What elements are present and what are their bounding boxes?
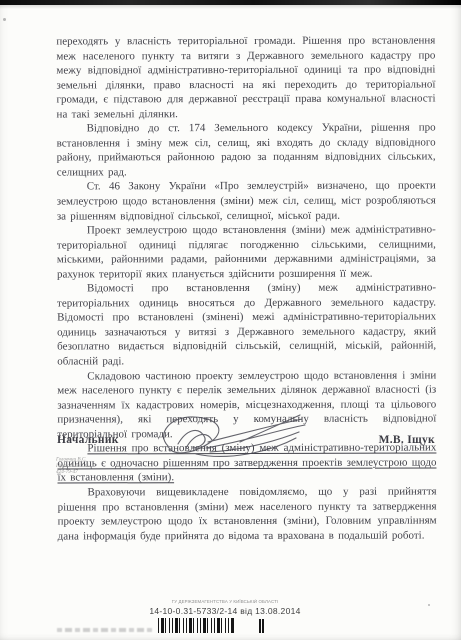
body-paragraph: Відомості про встановлення (зміну) меж а… <box>57 281 436 369</box>
stamp-registration-number: 14-10-0.31-5733/2-14 від 13.08.2014 <box>125 606 325 616</box>
body-paragraph: Ст. 46 Закону України «Про землеустрій» … <box>57 179 436 224</box>
scan-speck <box>428 604 430 606</box>
signer-position-title: Начальник <box>57 434 119 446</box>
signer-name: М.В. Іщук <box>379 434 435 446</box>
stamp-office-name: ГУ ДЕРЖЗЕМАГЕНТСТВА У КИЇВСЬКІЙ ОБЛАСТІ <box>170 599 280 604</box>
body-paragraph: переходять у власність територіальної гр… <box>56 34 435 122</box>
scanned-letter-page: переходять у власність територіальної гр… <box>0 0 461 640</box>
body-paragraph: Враховуючи вищевикладене повідомляємо, щ… <box>58 484 437 543</box>
scan-edge-shadow <box>0 5 461 9</box>
scan-speck <box>3 18 6 21</box>
executor-contact-block: Головчиц В.С. Приходько Т.С. 424-79-47 <box>56 456 90 474</box>
body-paragraph: Проект землеустрою щодо встановлення (зм… <box>57 223 436 282</box>
handwritten-signature <box>148 406 313 472</box>
registration-stamp: ГУ ДЕРЖЗЕМАГЕНТСТВА У КИЇВСЬКІЙ ОБЛАСТІ … <box>125 599 325 616</box>
executor-name: Головчиц В.С. <box>56 456 90 462</box>
executor-phone: 424-79-47 <box>56 468 90 474</box>
faint-illegible-footer-note <box>57 628 154 632</box>
body-paragraph: Відповідно до ст. 174 Земельного кодексу… <box>57 121 436 180</box>
stamp-barcode-checkblock <box>259 619 266 633</box>
stamp-barcode <box>158 618 234 633</box>
